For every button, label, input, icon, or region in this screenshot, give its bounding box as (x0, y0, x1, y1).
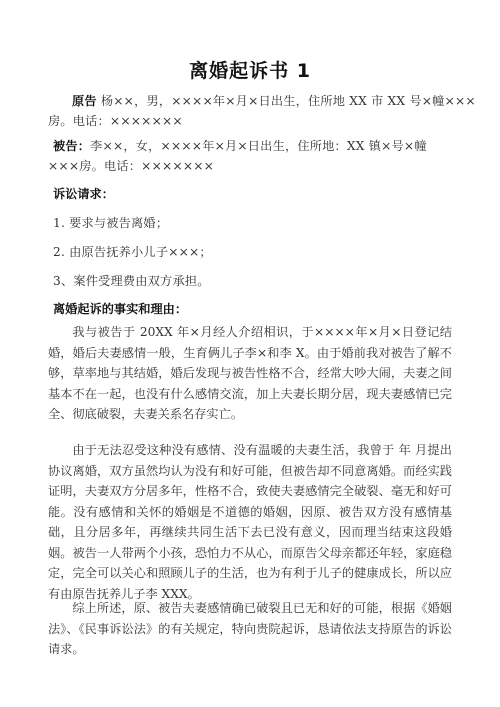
claim-item: 3、案件受理费由双方承担。 (53, 272, 210, 289)
plaintiff-line-1: 原告 杨××，男，××××年×月×日出生，住所地 XX 市 XX 号×幢××× (72, 92, 476, 109)
document-title: 离婚起诉书 1 (0, 56, 500, 83)
claims-heading: 诉讼请求： (53, 185, 114, 202)
defendant-line-1: 被告：李××，女，××××年×月×日出生，住所地：XX 镇×号×幢 (53, 137, 427, 154)
defendant-details: 李××，女，××××年×月×日出生，住所地：XX 镇×号×幢 (90, 139, 427, 153)
defendant-label: 被告： (53, 139, 90, 153)
facts-paragraph-2: 由于无法忍受这种没有感情、没有温暖的夫妻生活，我曾于 年 月提出协议离婚，双方虽… (48, 440, 452, 604)
facts-paragraph-3: 综上所述，原、被告夫妻感情确已破裂且已无和好的可能，根据《婚姻法》、《民事诉讼法… (48, 598, 452, 660)
facts-heading: 离婚起诉的事实和理由： (53, 300, 187, 317)
claim-item: 2. 由原告抚养小儿子×××； (53, 243, 212, 260)
facts-paragraph-1: 我与被告于 20XX 年×月经人介绍相识，于××××年×月×日登记结婚，婚后夫妻… (48, 322, 452, 425)
claim-item: 1. 要求与被告离婚； (53, 214, 168, 231)
plaintiff-line-2: 房。电话：××××××× (48, 112, 183, 129)
defendant-line-2: ×××房。电话：××××××× (48, 157, 214, 174)
plaintiff-details: 杨××，男，××××年×月×日出生，住所地 XX 市 XX 号×幢××× (97, 94, 476, 108)
plaintiff-label: 原告 (72, 94, 97, 108)
document-page: 离婚起诉书 1 原告 杨××，男，××××年×月×日出生，住所地 XX 市 XX… (0, 0, 500, 707)
